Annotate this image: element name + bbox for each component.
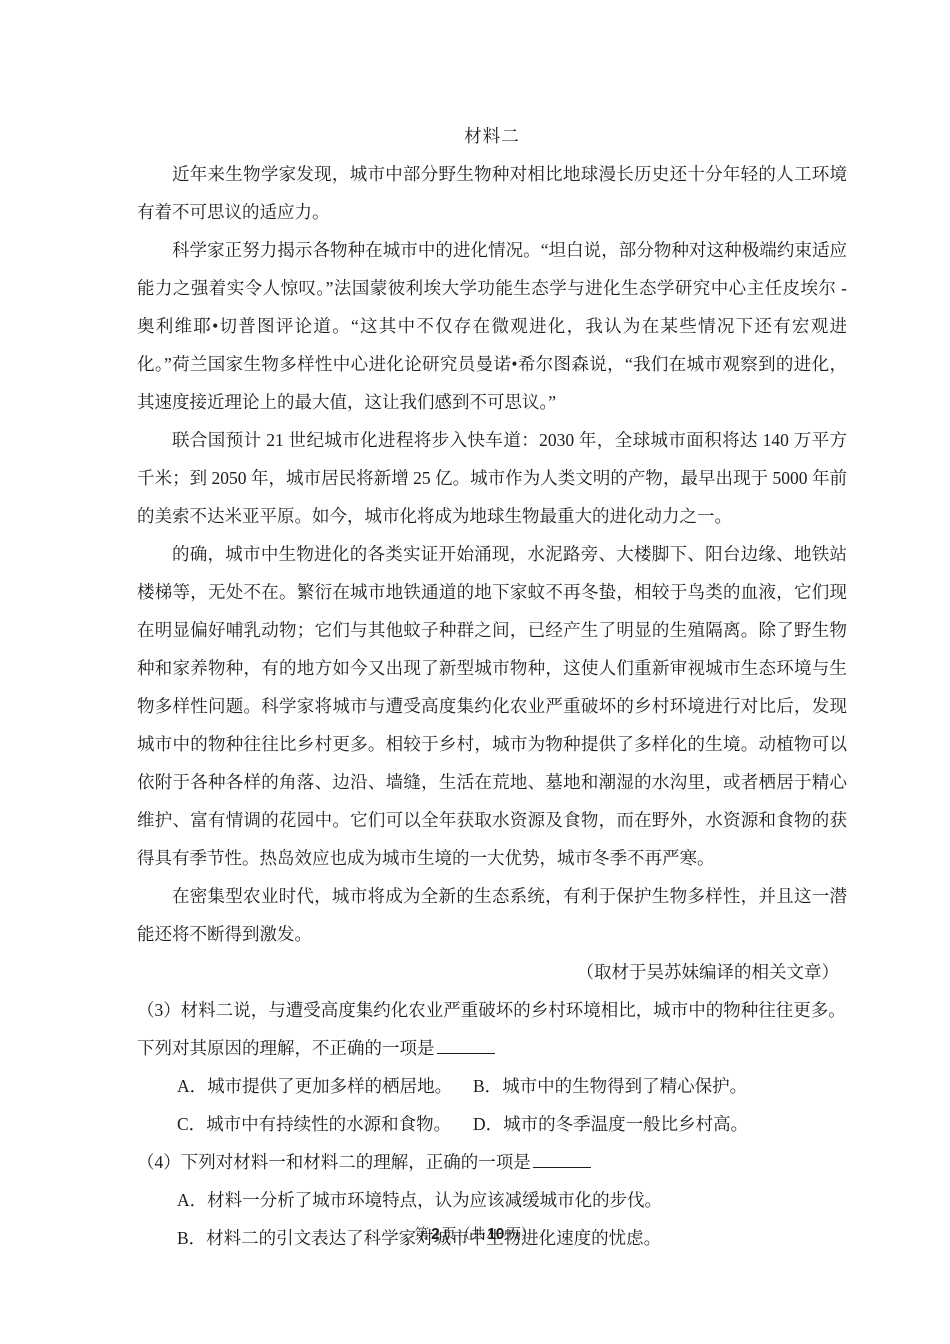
total-pages: 10: [485, 1226, 506, 1243]
question-3-options-row-2: C．城市中有持续性的水源和食物。 D．城市的冬季温度一般比乡村高。: [137, 1105, 889, 1143]
answer-blank-q3: [437, 1053, 495, 1054]
material-paragraph: 在密集型农业时代，城市将成为全新的生态系统，有利于保护生物多样性，并且这一潜能还…: [137, 877, 847, 953]
q4-option-a-label: A．: [177, 1190, 207, 1210]
question-3: （3）材料二说，与遭受高度集约化农业严重破坏的乡村环境相比，城市中的物种往往更多…: [137, 991, 889, 1143]
question-3-stem-text: 下列对其原因的理解，不正确的一项是: [137, 1038, 435, 1058]
option-b-label: B．: [473, 1076, 502, 1096]
question-3-options-row-1: A．城市提供了更加多样的栖居地。 B．城市中的生物得到了精心保护。: [137, 1067, 889, 1105]
option-a-text: 城市提供了更加多样的栖居地。: [207, 1076, 452, 1096]
material-heading-text: 材料二: [464, 126, 520, 146]
option-c-text: 城市中有持续性的水源和食物。: [206, 1114, 451, 1134]
source-attribution: （取材于吴苏妹编译的相关文章）: [137, 953, 847, 991]
material-paragraph: 的确，城市中生物进化的各类实证开始涌现，水泥路旁、大楼脚下、阳台边缘、地铁站楼梯…: [137, 535, 847, 877]
option-b-text: 城市中的生物得到了精心保护。: [502, 1076, 747, 1096]
option-d-label: D．: [473, 1114, 503, 1134]
question-3-stem-line-1: （3）材料二说，与遭受高度集约化农业严重破坏的乡村环境相比，城市中的物种往往更多…: [137, 991, 889, 1029]
option-d-text: 城市的冬季温度一般比乡村高。: [503, 1114, 748, 1134]
question-4-stem: （4）下列对材料一和材料二的理解，正确的一项是: [137, 1143, 889, 1181]
material-paragraph: 科学家正努力揭示各物种在城市中的进化情况。“坦白说，部分物种对这种极端约束适应能…: [137, 231, 847, 421]
q4-option-a-text: 材料一分析了城市环境特点，认为应该减缓城市化的步伐。: [207, 1190, 662, 1210]
option-a: A．城市提供了更加多样的栖居地。: [177, 1067, 473, 1105]
footer-middle: 页（共: [442, 1227, 486, 1243]
page-footer: 第2页（共10页）: [0, 1221, 950, 1249]
question-4-option-a: A．材料一分析了城市环境特点，认为应该减缓城市化的步伐。: [137, 1181, 889, 1219]
page-number: 2: [429, 1226, 442, 1243]
exam-document-page: 材料二 近年来生物学家发现，城市中部分野生物种对相比地球漫长历史还十分年轻的人工…: [0, 0, 950, 1344]
option-a-label: A．: [177, 1076, 207, 1096]
answer-blank-q4: [533, 1167, 591, 1168]
material-paragraph: 联合国预计 21 世纪城市化进程将步入快车道：2030 年，全球城市面积将达 1…: [137, 421, 847, 535]
footer-prefix: 第: [415, 1227, 430, 1243]
questions-section: （3）材料二说，与遭受高度集约化农业严重破坏的乡村环境相比，城市中的物种往往更多…: [137, 991, 889, 1257]
material-heading: 材料二: [137, 117, 847, 155]
option-c: C．城市中有持续性的水源和食物。: [177, 1105, 473, 1143]
footer-suffix: 页）: [506, 1227, 535, 1243]
page-content: 材料二 近年来生物学家发现，城市中部分野生物种对相比地球漫长历史还十分年轻的人工…: [137, 117, 847, 1257]
option-b: B．城市中的生物得到了精心保护。: [473, 1067, 747, 1105]
option-c-label: C．: [177, 1114, 206, 1134]
option-d: D．城市的冬季温度一般比乡村高。: [473, 1105, 748, 1143]
question-3-stem-line-2: 下列对其原因的理解，不正确的一项是: [137, 1029, 889, 1067]
question-4-stem-text: （4）下列对材料一和材料二的理解，正确的一项是: [137, 1152, 531, 1172]
material-paragraph: 近年来生物学家发现，城市中部分野生物种对相比地球漫长历史还十分年轻的人工环境有着…: [137, 155, 847, 231]
